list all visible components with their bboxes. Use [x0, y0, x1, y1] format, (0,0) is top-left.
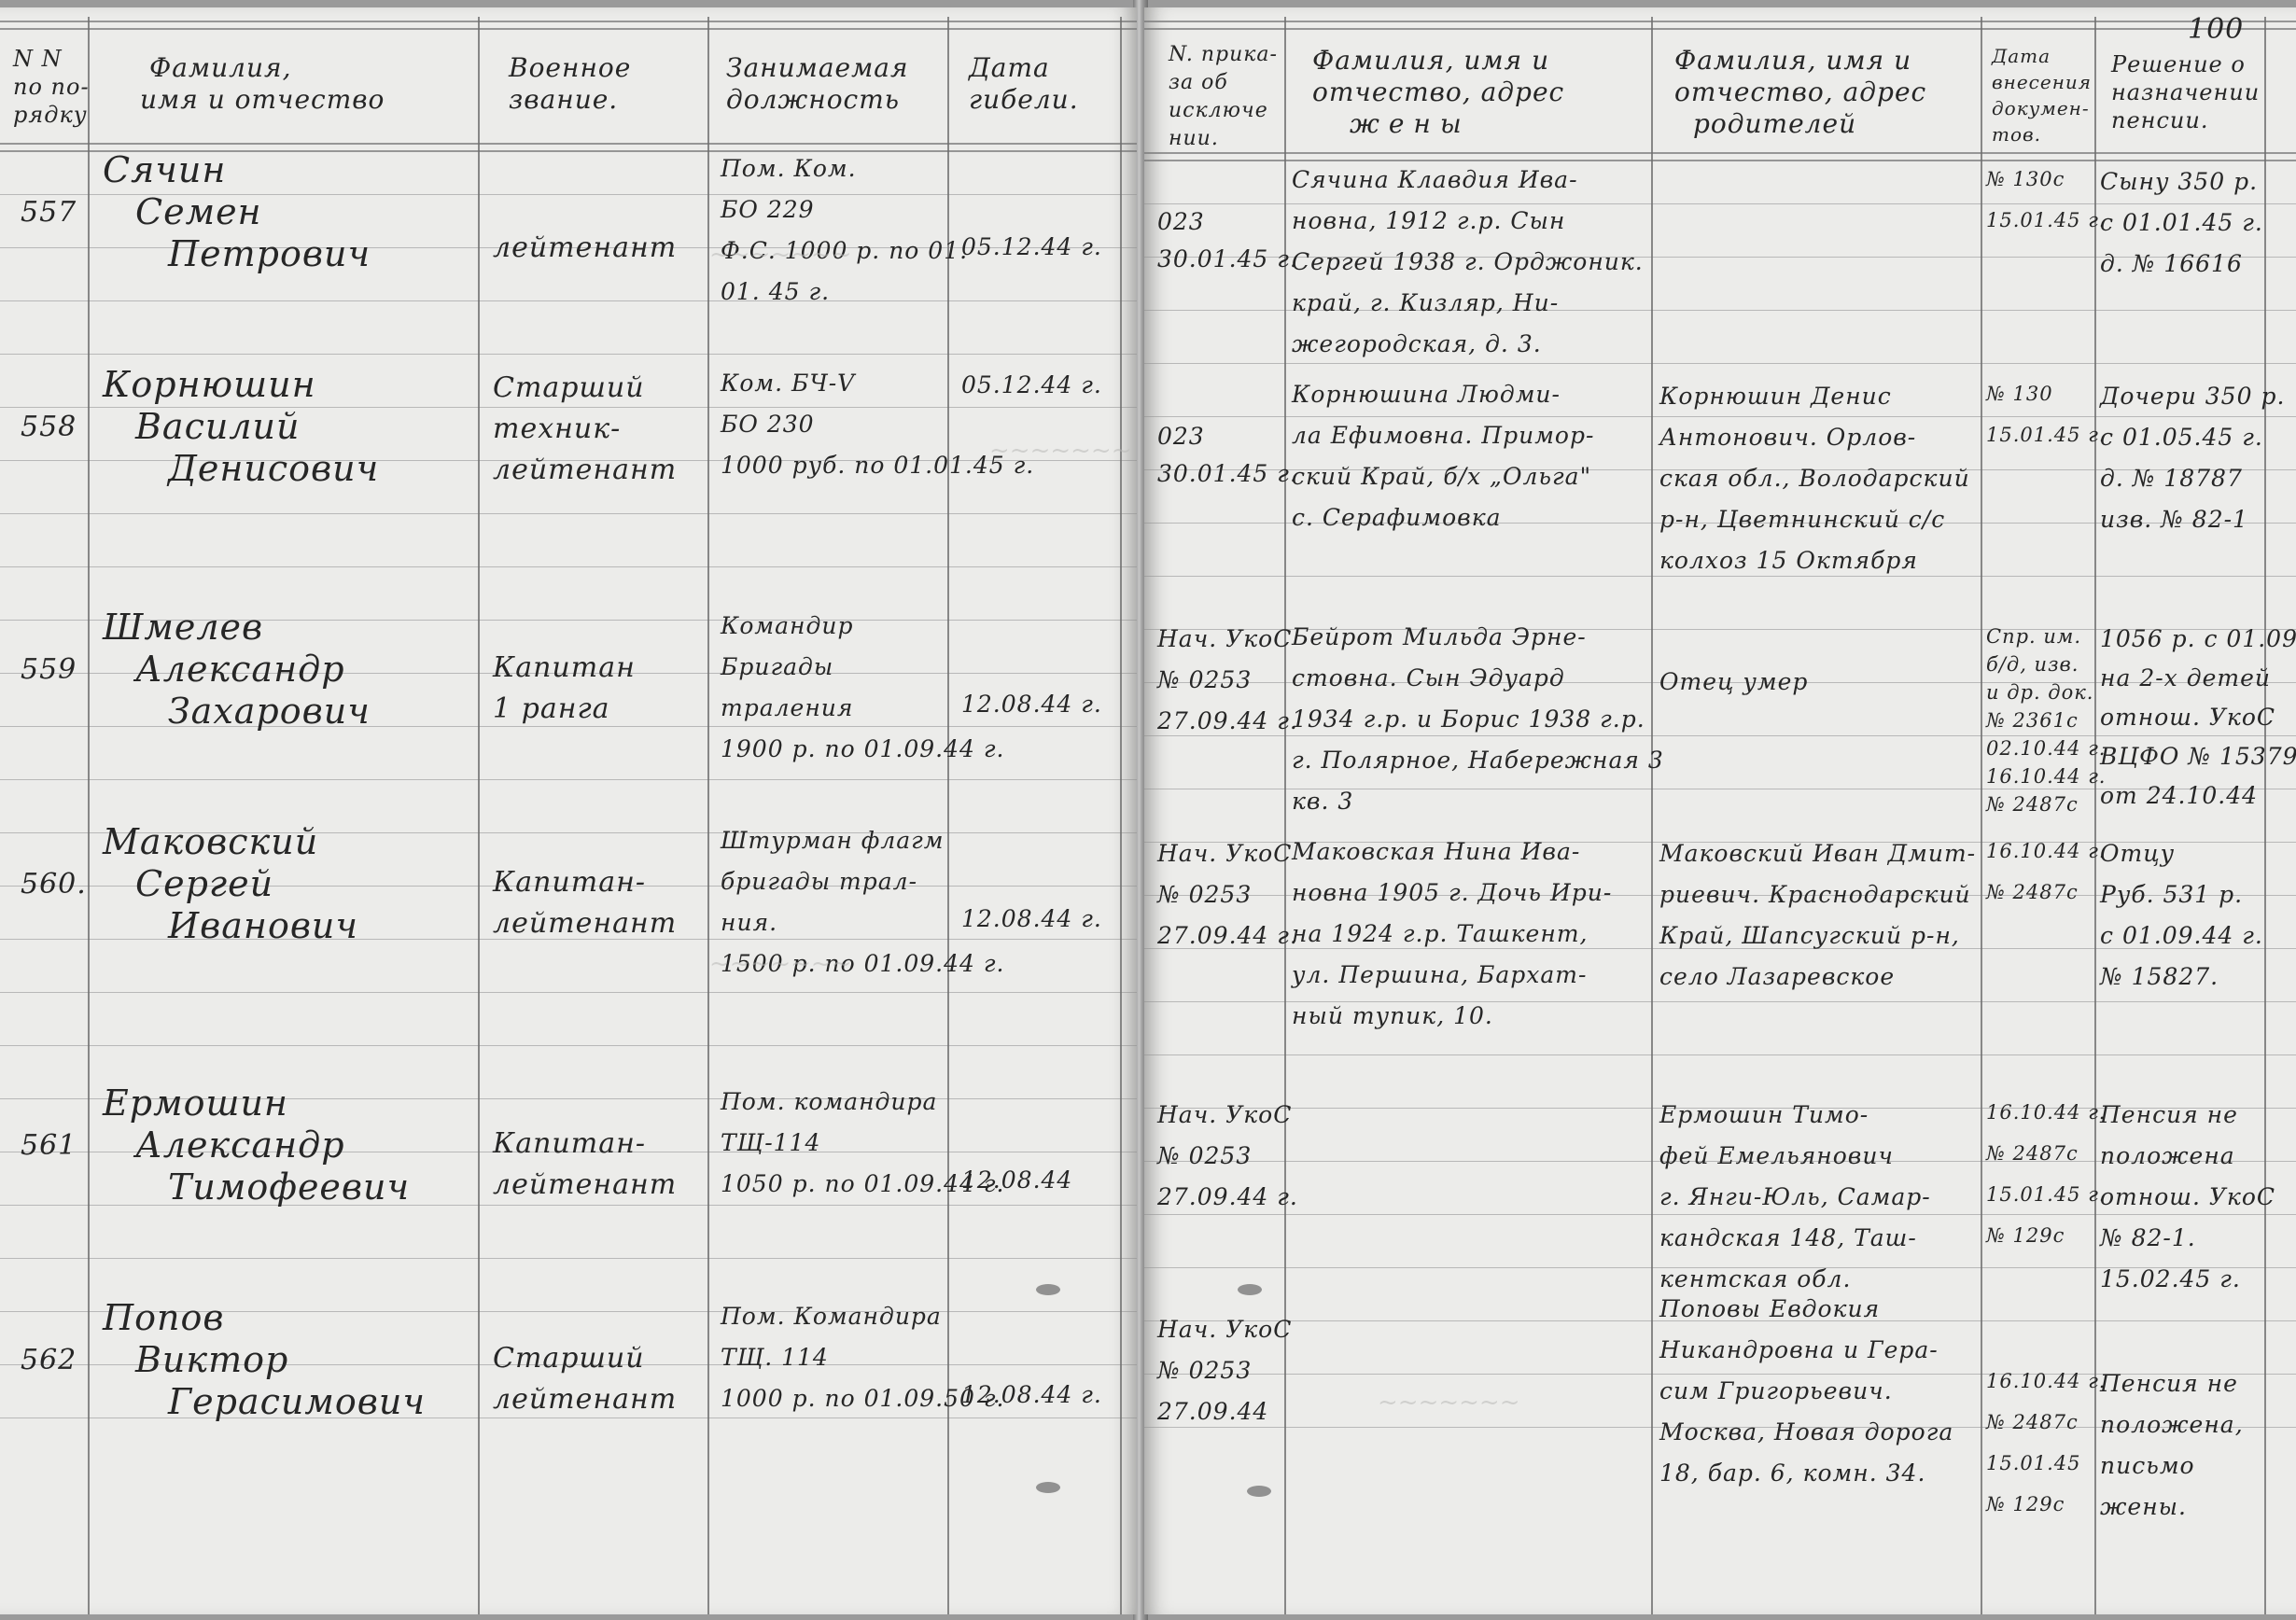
- position-line: Пом. командира: [721, 1088, 937, 1115]
- military-rank: лейтенант: [493, 907, 677, 940]
- rule-line: [0, 1258, 1137, 1259]
- record-number: 561: [21, 1129, 77, 1162]
- full-name-line: Корнюшин: [103, 364, 316, 405]
- full-name-line: Герасимович: [168, 1381, 426, 1422]
- document-date-line: № 130: [1986, 383, 2053, 405]
- pension-decision-line: ВЦФО № 15379: [2100, 743, 2296, 770]
- position-line: траления: [721, 694, 853, 721]
- position-line: Пом. Ком.: [721, 155, 857, 182]
- header-line: по по-: [13, 73, 90, 101]
- document-date-line: 16.10.44 г.: [1986, 1101, 2106, 1124]
- exclusion-order: 30.01.45 г.: [1157, 460, 1298, 487]
- header-rank: Военное звание.: [509, 52, 631, 116]
- parents-info-line: Край, Шапсугский р-н,: [1659, 922, 1960, 949]
- parents-info-line: Корнюшин Денис: [1659, 383, 1892, 410]
- pension-decision-line: Пенсия не: [2100, 1370, 2238, 1397]
- military-rank: Капитан: [493, 651, 636, 684]
- bleed-through-ink: ~~~~~~~: [989, 437, 1132, 465]
- header-line: назначении: [2111, 78, 2260, 106]
- rule-line: [1144, 1214, 2296, 1215]
- pension-decision-line: жены.: [2100, 1493, 2187, 1520]
- pension-decision-line: от 24.10.44: [2100, 782, 2258, 809]
- document-date-line: 16.10.44 г.: [1986, 1370, 2106, 1392]
- pension-decision-line: Пенсия не: [2100, 1101, 2238, 1128]
- full-name-line: Маковский: [103, 821, 318, 862]
- position-line: Пом. Командира: [721, 1303, 942, 1330]
- pension-decision-line: № 15827.: [2100, 963, 2219, 990]
- exclusion-order: № 0253: [1157, 1357, 1252, 1384]
- parents-info-line: г. Янги-Юль, Самар-: [1659, 1183, 1931, 1210]
- position-line: БО 229: [721, 196, 815, 223]
- exclusion-order: № 0253: [1157, 881, 1252, 908]
- document-date-line: № 2487с: [1986, 881, 2079, 903]
- full-name-line: Василий: [135, 406, 300, 447]
- document-date-line: 16.10.44 г.: [1986, 765, 2106, 788]
- full-name-line: Тимофеевич: [168, 1166, 410, 1208]
- exclusion-order: 023: [1157, 208, 1205, 235]
- full-name-line: Шмелев: [103, 607, 263, 648]
- wife-info-line: г. Полярное, Набережная 3: [1292, 747, 1664, 774]
- document-date-line: № 130с: [1986, 168, 2065, 190]
- record-number: 557: [21, 196, 77, 229]
- full-name-line: Захарович: [168, 691, 371, 732]
- wife-info-line: ный тупик, 10.: [1292, 1002, 1493, 1029]
- pension-decision-line: письмо: [2100, 1452, 2195, 1479]
- header-death-date: Дата гибели.: [969, 52, 1079, 116]
- wife-info-line: Корнюшина Людми-: [1292, 381, 1561, 408]
- pension-decision-line: Дочери 350 р.: [2100, 383, 2285, 410]
- death-date: 12.08.44 г.: [961, 691, 1102, 718]
- full-name-line: Денисович: [168, 448, 379, 489]
- header-line: внесения: [1992, 69, 2092, 95]
- full-name-line: Ермошин: [103, 1082, 288, 1124]
- death-date: 12.08.44: [961, 1166, 1072, 1194]
- exclusion-order: 30.01.45 г.: [1157, 245, 1298, 272]
- header-line: за об: [1169, 69, 1278, 97]
- parents-info-line: Ермошин Тимо-: [1659, 1101, 1869, 1128]
- rule-line: [0, 143, 1137, 145]
- header-line: звание.: [509, 84, 631, 116]
- exclusion-order: 023: [1157, 423, 1205, 450]
- exclusion-order: 27.09.44 г.: [1157, 1183, 1298, 1210]
- document-date-line: и др. док.: [1986, 681, 2093, 704]
- full-name-line: Петрович: [168, 233, 371, 274]
- header-line: Дата: [969, 52, 1079, 84]
- header-line: Фамилия, имя и: [1312, 45, 1564, 77]
- wife-info-line: ул. Першина, Бархат-: [1292, 961, 1587, 988]
- document-date-line: 15.01.45 г.: [1986, 1183, 2106, 1206]
- record-number: 560.: [21, 868, 87, 901]
- header-line: нии.: [1169, 125, 1278, 153]
- rule-line: [0, 1045, 1137, 1046]
- record-number: 559: [21, 653, 77, 686]
- document-date-line: 15.01.45: [1986, 1452, 2081, 1474]
- exclusion-order: 27.09.44 г.: [1157, 707, 1298, 734]
- position-line: Командир: [721, 612, 853, 639]
- parents-info-line: село Лазаревское: [1659, 963, 1895, 990]
- full-name-line: Сергей: [135, 863, 273, 904]
- position-line: Ком. БЧ-V: [721, 370, 855, 397]
- header-line: родителей: [1674, 108, 1926, 140]
- header-line: тов.: [1992, 121, 2092, 147]
- header-line: докумен-: [1992, 95, 2092, 121]
- parents-info-line: ская обл., Володарский: [1659, 465, 1970, 492]
- document-date-line: Спр. им.: [1986, 625, 2081, 648]
- rule-line: [1144, 576, 2296, 577]
- pension-decision-line: положена,: [2100, 1411, 2244, 1438]
- header-line: рядку: [13, 101, 90, 129]
- wife-info-line: стовна. Сын Эдуард: [1292, 664, 1565, 691]
- header-line: Военное: [509, 52, 631, 84]
- full-name-line: Попов: [103, 1297, 225, 1338]
- wife-info-line: новна, 1912 г.р. Сын: [1292, 207, 1565, 234]
- header-line: Фамилия, имя и: [1674, 45, 1926, 77]
- rule-line: [0, 21, 1137, 22]
- rule-line: [1144, 152, 2296, 154]
- header-line: исключе: [1169, 97, 1278, 125]
- exclusion-order: Нач. УкоС: [1157, 1101, 1292, 1128]
- military-rank: Капитан-: [493, 866, 646, 899]
- wife-info-line: Маковская Нина Ива-: [1292, 838, 1580, 865]
- wife-info-line: Бейрот Мильда Эрне-: [1292, 623, 1587, 650]
- death-date: 05.12.44 г.: [961, 371, 1102, 398]
- bleed-through-ink: ~~~~~~~: [1378, 1389, 1520, 1417]
- wife-info-line: кв. 3: [1292, 788, 1353, 815]
- pension-decision-line: д. № 18787: [2100, 465, 2243, 492]
- parents-info-line: фей Емельянович: [1659, 1142, 1894, 1169]
- column-divider: [1120, 17, 1122, 1614]
- record-number: 562: [21, 1344, 77, 1376]
- parents-info-line: 18, бар. 6, комн. 34.: [1659, 1459, 1925, 1487]
- wife-info-line: ла Ефимовна. Примор-: [1292, 422, 1594, 449]
- document-date-line: № 2487с: [1986, 1411, 2079, 1433]
- wife-info-line: с. Серафимовка: [1292, 504, 1502, 531]
- pension-decision-line: Отцу: [2100, 840, 2175, 867]
- exclusion-order: 27.09.44 г.: [1157, 922, 1298, 949]
- rule-line: [1144, 203, 2296, 204]
- rule-line: [0, 779, 1137, 780]
- pension-decision-line: Руб. 531 р.: [2100, 881, 2243, 908]
- exclusion-order: 27.09.44: [1157, 1398, 1268, 1425]
- rule-line: [0, 354, 1137, 355]
- parents-info-line: риевич. Краснодарский: [1659, 881, 1971, 908]
- binding-hole: [1238, 1284, 1262, 1295]
- wife-info-line: край, г. Кизляр, Ни-: [1292, 289, 1559, 316]
- full-name-line: Семен: [135, 191, 262, 232]
- parents-info-line: р-н, Цветнинский с/с: [1659, 506, 1945, 533]
- document-date-line: 15.01.45 г.: [1986, 209, 2106, 231]
- full-name-line: Александр: [135, 649, 345, 690]
- header-line: отчество, адрес: [1674, 77, 1926, 108]
- header-line: имя и отчество: [140, 84, 385, 116]
- pension-decision-line: отнош. УкоС: [2100, 704, 2275, 731]
- binding-hole: [1036, 1482, 1060, 1493]
- wife-info-line: жегородская, д. 3.: [1292, 330, 1542, 357]
- rule-line: [1144, 363, 2296, 364]
- rule-line: [1144, 21, 2296, 22]
- exclusion-order: № 0253: [1157, 1142, 1252, 1169]
- document-date-line: № 2361с: [1986, 709, 2079, 732]
- parents-info-line: Поповы Евдокия: [1659, 1295, 1880, 1322]
- wife-info-line: 1934 г.р. и Борис 1938 г.р.: [1292, 705, 1645, 733]
- rule-line: [0, 28, 1137, 30]
- parents-info-line: Маковский Иван Дмит-: [1659, 840, 1976, 867]
- column-divider: [2264, 17, 2266, 1614]
- military-rank: лейтенант: [493, 1168, 677, 1201]
- position-line: 01. 45 г.: [721, 278, 830, 305]
- military-rank: 1 ранга: [493, 692, 610, 725]
- document-date-line: б/д, изв.: [1986, 653, 2079, 676]
- full-name-line: Виктор: [135, 1339, 288, 1380]
- header-line: Фамилия,: [140, 52, 385, 84]
- header-position: Занимаемая должность: [726, 52, 909, 116]
- position-line: 1000 руб. по 01.01.45 г.: [721, 452, 1034, 479]
- exclusion-order: Нач. УкоС: [1157, 625, 1292, 652]
- exclusion-order: Нач. УкоС: [1157, 840, 1292, 867]
- wife-info-line: на 1924 г.р. Ташкент,: [1292, 920, 1588, 947]
- death-date: 12.08.44 г.: [961, 1381, 1102, 1408]
- header-number: N N по по- рядку: [13, 45, 90, 129]
- wife-info-line: Сергей 1938 г. Орджоник.: [1292, 248, 1644, 275]
- document-date-line: № 2487с: [1986, 1142, 2079, 1165]
- military-rank: лейтенант: [493, 1383, 677, 1416]
- header-order: N. прика- за об исключе нии.: [1169, 41, 1278, 153]
- header-pension: Решение о назначении пенсии.: [2111, 50, 2260, 134]
- military-rank: лейтенант: [493, 454, 677, 486]
- document-date-line: № 129с: [1986, 1493, 2065, 1515]
- pension-decision-line: 15.02.45 г.: [2100, 1265, 2241, 1292]
- full-name-line: Сячин: [103, 149, 226, 190]
- header-line: гибели.: [969, 84, 1079, 116]
- position-line: ТЩ. 114: [721, 1344, 829, 1371]
- full-name-line: Иванович: [168, 905, 358, 946]
- pension-decision-line: положена: [2100, 1142, 2235, 1169]
- pension-decision-line: на 2-х детей: [2100, 664, 2271, 691]
- pension-decision-line: с 01.01.45 г.: [2100, 209, 2263, 236]
- military-rank: Старший: [493, 1342, 645, 1375]
- pension-decision-line: изв. № 82-1: [2100, 506, 2248, 533]
- pension-decision-line: отнош. УкоС: [2100, 1183, 2275, 1210]
- position-line: Бригады: [721, 653, 833, 680]
- full-name-line: Александр: [135, 1124, 345, 1166]
- header-parents: Фамилия, имя и отчество, адрес родителей: [1674, 45, 1926, 140]
- header-line: N N: [13, 45, 90, 73]
- exclusion-order: Нач. УкоС: [1157, 1316, 1292, 1343]
- column-divider: [1981, 17, 1982, 1614]
- exclusion-order: № 0253: [1157, 666, 1252, 693]
- position-line: бригады трал-: [721, 868, 917, 895]
- document-date-line: 02.10.44 г.: [1986, 737, 2106, 760]
- pension-decision-line: Сыну 350 р.: [2100, 168, 2258, 195]
- pension-decision-line: с 01.09.44 г.: [2100, 922, 2263, 949]
- wife-info-line: ский Край, б/х „Ольга": [1292, 463, 1591, 490]
- death-date: 05.12.44 г.: [961, 233, 1102, 260]
- header-full-name: Фамилия, имя и отчество: [140, 52, 385, 116]
- rule-line: [0, 513, 1137, 514]
- bleed-through-ink: ~~~~~~~: [709, 241, 852, 269]
- header-line: N. прика-: [1169, 41, 1278, 69]
- header-doc-date: Дата внесения докумен- тов.: [1992, 43, 2092, 147]
- parents-info-line: кентская обл.: [1659, 1265, 1851, 1292]
- parents-info-line: Антонович. Орлов-: [1659, 424, 1916, 451]
- military-rank: лейтенант: [493, 231, 677, 264]
- left-page: N N по по- рядку Фамилия, имя и отчество…: [0, 7, 1137, 1614]
- parents-info-line: Отец умер: [1659, 668, 1808, 695]
- record-number: 558: [21, 411, 77, 443]
- right-page: 100 N. прика- за об исключе нии. Фамилия…: [1144, 7, 2296, 1614]
- parents-info-line: кандская 148, Таш-: [1659, 1224, 1917, 1251]
- document-date-line: 15.01.45 г.: [1986, 424, 2106, 446]
- military-rank: Старший: [493, 371, 645, 404]
- rule-line: [0, 566, 1137, 567]
- rule-line: [1144, 28, 2296, 30]
- position-line: Штурман флагм: [721, 827, 945, 854]
- rule-line: [1144, 416, 2296, 417]
- position-line: ния.: [721, 909, 777, 936]
- rule-line: [0, 300, 1137, 301]
- pension-decision-line: д. № 16616: [2100, 250, 2243, 277]
- column-divider: [478, 17, 480, 1614]
- wife-info-line: Сячина Клавдия Ива-: [1292, 166, 1578, 193]
- position-line: ТЩ-114: [721, 1129, 820, 1156]
- rule-line: [0, 992, 1137, 993]
- binding-hole: [1247, 1486, 1271, 1497]
- header-line: отчество, адрес: [1312, 77, 1564, 108]
- position-line: БО 230: [721, 411, 815, 438]
- rule-line: [1144, 1054, 2296, 1055]
- position-line: 1900 р. по 01.09.44 г.: [721, 735, 1004, 762]
- parents-info-line: сим Григорьевич.: [1659, 1377, 1893, 1404]
- document-date-line: № 129с: [1986, 1224, 2065, 1247]
- rule-line: [1144, 160, 2296, 161]
- header-line: Решение о: [2111, 50, 2260, 78]
- military-rank: Капитан-: [493, 1127, 646, 1160]
- rule-line: [1144, 735, 2296, 736]
- column-divider: [88, 17, 90, 1614]
- parents-info-line: Москва, Новая дорога: [1659, 1418, 1953, 1445]
- wife-info-line: новна 1905 г. Дочь Ири-: [1292, 879, 1612, 906]
- pension-decision-line: с 01.05.45 г.: [2100, 424, 2263, 451]
- header-line: жены: [1312, 108, 1564, 140]
- binding-hole: [1036, 1284, 1060, 1295]
- pension-decision-line: 1056 р. с 01.09.44 г.: [2100, 625, 2296, 652]
- header-line: Дата: [1992, 43, 2092, 69]
- document-date-line: № 2487с: [1986, 793, 2079, 816]
- header-wife: Фамилия, имя и отчество, адрес жены: [1312, 45, 1564, 140]
- death-date: 12.08.44 г.: [961, 905, 1102, 932]
- column-divider: [1651, 17, 1653, 1614]
- parents-info-line: Никандровна и Гера-: [1659, 1336, 1939, 1363]
- header-line: должность: [726, 84, 909, 116]
- page-number: 100: [2188, 13, 2244, 46]
- military-rank: техник-: [493, 412, 621, 445]
- bleed-through-ink: ~~~~~~~: [709, 950, 852, 978]
- parents-info-line: колхоз 15 Октября: [1659, 547, 1918, 574]
- pension-decision-line: № 82-1.: [2100, 1224, 2196, 1251]
- header-line: Занимаемая: [726, 52, 909, 84]
- header-line: пенсии.: [2111, 106, 2260, 134]
- document-date-line: 16.10.44 г.: [1986, 840, 2106, 862]
